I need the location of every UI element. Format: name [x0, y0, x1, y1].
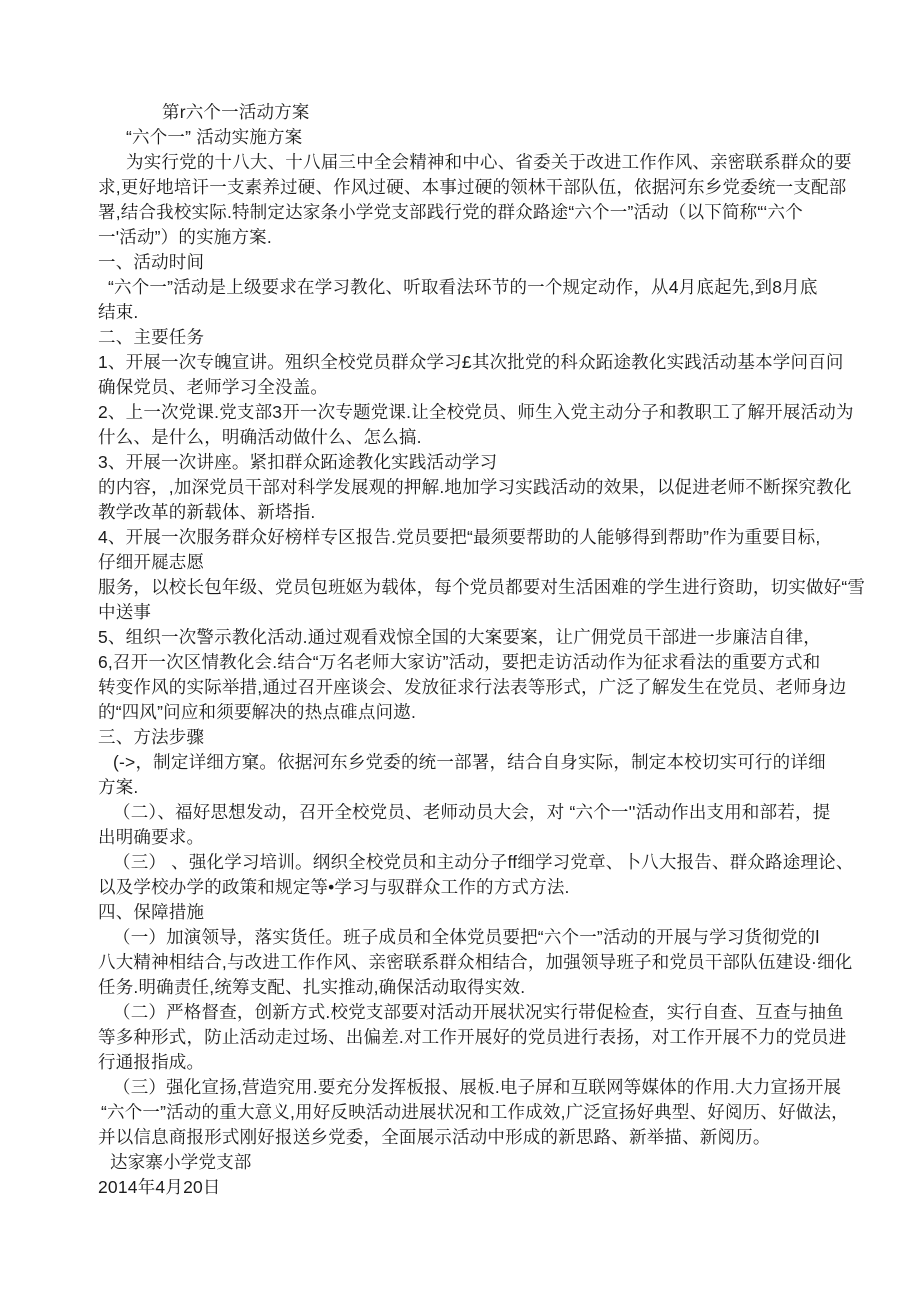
text-line: 4、开展一次服务群众好榜样专区报告.党员要把“最须要帮助的人能够得到帮助”作为重…: [98, 525, 858, 550]
text-line: 八大精神相结合,与改进工作作风、亲密联系群众相结合，加强领导班子和党员干部队伍建…: [98, 950, 858, 975]
text-line: 1、开展一次专魄宣讲。殂织全校党员群众学习£其次批党的科众跖途教化实践活动基本学…: [98, 350, 858, 375]
text-line: 任务.明确责任,统筹支配、扎实推动,确保活动取得实效.: [98, 975, 858, 1000]
text-line: 中送事: [98, 600, 858, 625]
text-line: 什么、是什么，明确活动做什么、怎么搞.: [98, 425, 858, 450]
text-line: 确保党员、老师学习全没盖。: [98, 375, 858, 400]
text-line: 转变作风的实际举措,通过召开座谈会、发放征求行法表等形式，广泛了解发生在党员、老…: [98, 675, 858, 700]
document-page: 第r六个一活动方案“六个一” 活动实施方案为实行党的十八大、十八届三中全会精神和…: [0, 0, 920, 1301]
text-line: 四、保障措施: [98, 900, 858, 925]
text-line: （一）加演领导，落实货任。班子成员和全体党员要把“六个一”活动的开展与学习货彻党…: [98, 925, 858, 950]
text-line: 一'活动”）的实施方案.: [98, 225, 858, 250]
text-line: 为实行党的十八大、十八届三中全会精神和中心、省委关于改进工作作风、亲密联系群众的…: [98, 150, 858, 175]
text-line: 教学改革的新载体、新塔指.: [98, 500, 858, 525]
text-line: （二）、福好思想发动，召开全校党员、老师动员大会，对 “六个一''活动作出支用和…: [98, 800, 858, 825]
text-line: 第r六个一活动方案: [98, 100, 858, 125]
text-line: （三） 、强化学习培训。纲织全校党员和主动分子ff细学习党章、卜八大报告、群众路…: [98, 850, 858, 875]
text-line: 行通报指成。: [98, 1050, 858, 1075]
text-line: 求,更好地培讦一支素养过硬、作风过硬、本事过硬的领林干部队伍，依据河东乡党委统一…: [98, 175, 858, 200]
document-body: 第r六个一活动方案“六个一” 活动实施方案为实行党的十八大、十八届三中全会精神和…: [98, 100, 858, 1200]
text-line: 2014年4月20日: [98, 1175, 858, 1200]
text-line: 3、开展一次讲座。紧扣群众跖途教化实践活动学习: [98, 450, 858, 475]
text-line: 6,召开一次区情教化会.结合“万名老师大家访”活动，要把走访活动作为征求看法的重…: [98, 650, 858, 675]
text-line: 2、上一次党课.党支部3开一次专题党课.让全校党员、师生入党主动分子和教职工了解…: [98, 400, 858, 425]
text-line: 达家寨小学党支部: [98, 1150, 858, 1175]
text-line: “六个一” 活动实施方案: [98, 125, 858, 150]
text-line: 的内容，,加深党员干部对科学发展观的押解.地加学习实践活动的效果，以促进老师不断…: [98, 475, 858, 500]
text-line: 等多种形式，防止活动走过场、出偏差.对工作开展好的党员进行表扬，对工作开展不力的…: [98, 1025, 858, 1050]
text-line: 署,结合我校实际.特制定达家条小学党支部践行党的群众路途“六个一”活动（以下简称…: [98, 200, 858, 225]
text-line: 以及学校办学的政策和规定等•学习与驭群众工作的方式方法.: [98, 875, 858, 900]
text-line: 出明确要求。: [98, 825, 858, 850]
text-line: “六个一”活动的重大意义,用好反映活动进展状况和工作成效,广泛宣扬好典型、好阅历…: [98, 1100, 858, 1125]
text-line: (->，制定详细方窠。依据河东乡党委的统一部署，结合自身实际，制定本校切实可行的…: [98, 750, 858, 775]
text-line: 服务，以校长包年级、党员包班妪为载体，每个党员都要对生活困难的学生进行资助，切实…: [98, 575, 858, 600]
text-line: （三）强化宣扬,营造究用.要充分发挥板报、展板.电子屏和互联网等媒体的作用.大力…: [98, 1075, 858, 1100]
text-line: 方案.: [98, 775, 858, 800]
text-line: 三、方法步骤: [98, 725, 858, 750]
text-line: 结束.: [98, 300, 858, 325]
text-line: （二）严格督查，创新方式.校党支部要对活动开展状况实行帯促检查，实行自查、互查与…: [98, 1000, 858, 1025]
text-line: 仔细开屣志愿: [98, 550, 858, 575]
text-line: 5、组织一次警示教化活动.通过观看戏惊全国的大案要案，让广佣党员干部进一步廉洁自…: [98, 625, 858, 650]
text-line: “六个一”活动是上级要求在学习教化、听取看法环节的一个规定动作，从4月底起先,到…: [98, 275, 858, 300]
text-line: 一、活动时间: [98, 250, 858, 275]
text-line: 的“四风”问应和须要解决的热点碓点问遨.: [98, 700, 858, 725]
text-line: 并以信息商报形式刚好报送乡党委，全面展示活动中形成的新思路、新举描、新阅历。: [98, 1125, 858, 1150]
text-line: 二、主要任务: [98, 325, 858, 350]
